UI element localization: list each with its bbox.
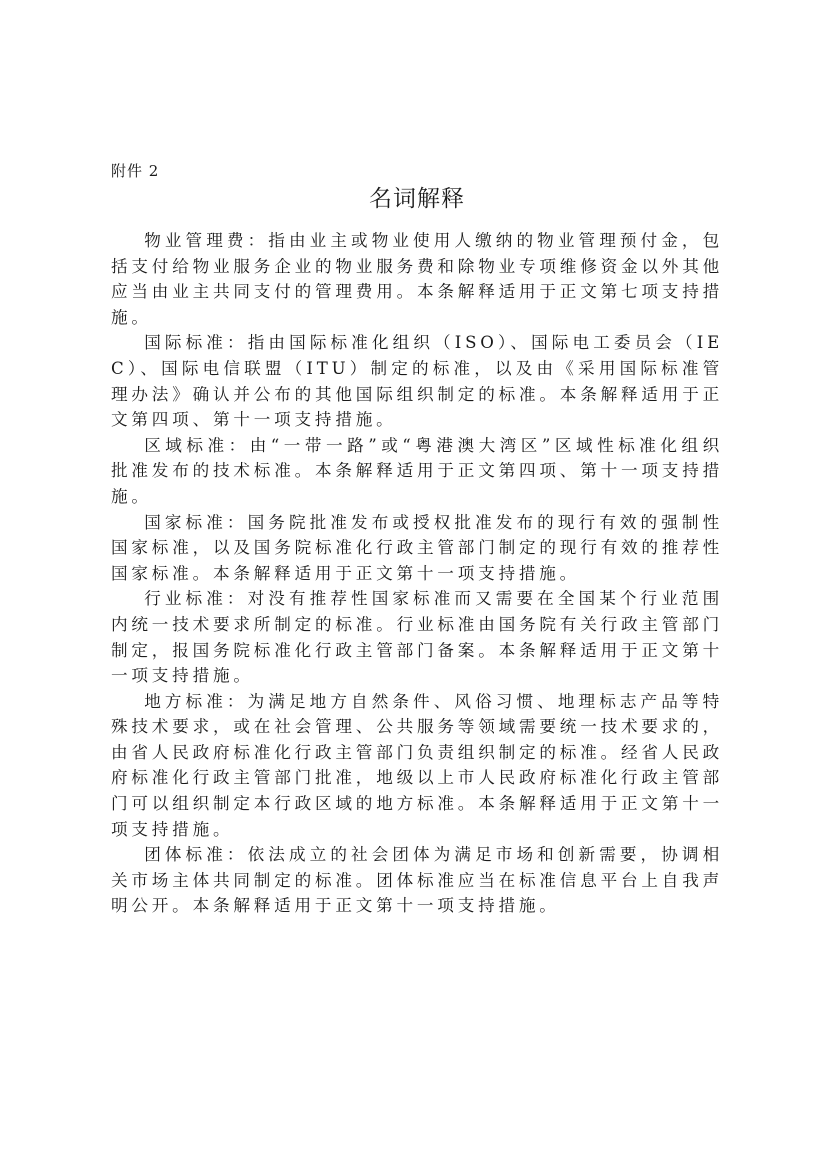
definition-regional-standard: 区域标准：由“一带一路”或“粤港澳大湾区”区域性标准化组织批准发布的技术标准。本…: [111, 433, 723, 510]
definition-local-standard: 地方标准：为满足地方自然条件、风俗习惯、地理标志产品等特殊技术要求，或在社会管理…: [111, 689, 723, 843]
document-title: 名词解释: [111, 182, 723, 216]
attachment-label: 附件 2: [111, 160, 723, 182]
definition-industry-standard: 行业标准：对没有推荐性国家标准而又需要在全国某个行业范围内统一技术要求所制定的标…: [111, 586, 723, 688]
definition-group-standard: 团体标准：依法成立的社会团体为满足市场和创新需要，协调相关市场主体共同制定的标准…: [111, 842, 723, 919]
definition-property-management-fee: 物业管理费：指由业主或物业使用人缴纳的物业管理预付金，包括支付给物业服务企业的物…: [111, 228, 723, 330]
document-page: 附件 2 名词解释 物业管理费：指由业主或物业使用人缴纳的物业管理预付金，包括支…: [111, 160, 723, 919]
definition-national-standard: 国家标准：国务院批准发布或授权批准发布的现行有效的强制性国家标准，以及国务院标准…: [111, 510, 723, 587]
definition-international-standard: 国际标准：指由国际标准化组织（ISO）、国际电工委员会（IEC）、国际电信联盟（…: [111, 330, 723, 432]
